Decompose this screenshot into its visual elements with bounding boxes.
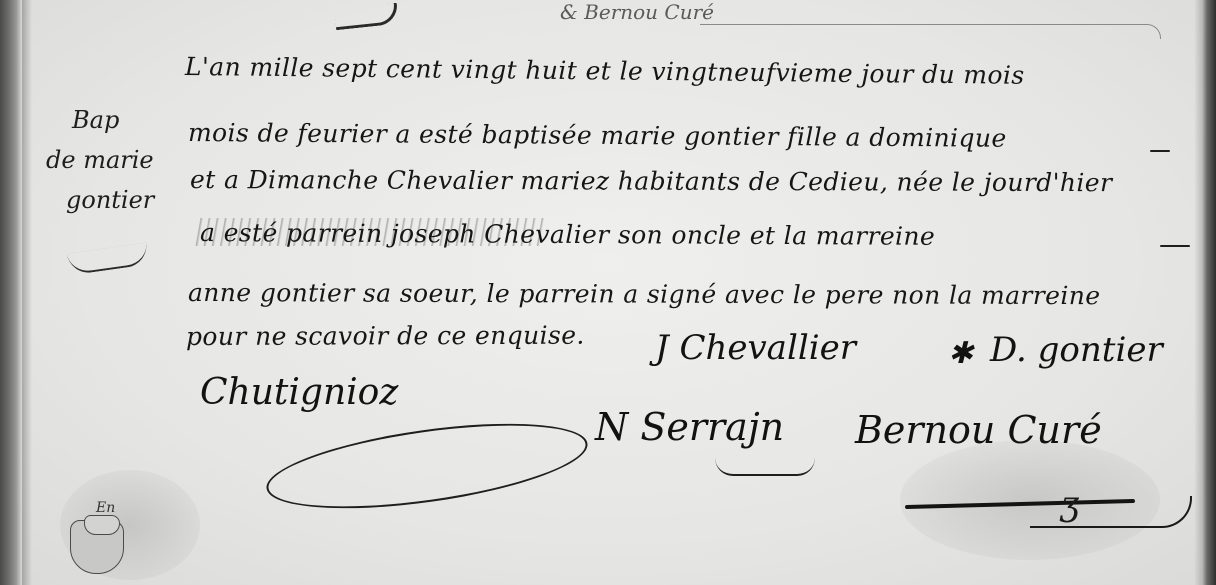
page-edge-shadow xyxy=(1194,0,1202,585)
line-end-dash xyxy=(1160,245,1190,247)
margin-note-line: gontier xyxy=(46,180,186,220)
previous-entry-flourish xyxy=(334,3,399,30)
signature-chutignioz: Chutignioz xyxy=(200,372,398,413)
paraph-tail xyxy=(1030,496,1192,528)
signature-flourish xyxy=(262,408,593,524)
body-line: pour ne scavoir de ce enquise. xyxy=(186,321,585,351)
body-line: mois de feurier a esté baptisée marie go… xyxy=(188,118,1007,153)
signature-cross-mark: ✱ xyxy=(948,336,973,371)
binding-shadow xyxy=(22,0,32,585)
body-line: L'an mille sept cent vingt huit et le vi… xyxy=(185,52,1025,90)
paraph-mark: ʒ xyxy=(1060,484,1079,524)
binding-gutter xyxy=(0,0,22,585)
margin-note-line: Bap xyxy=(46,100,186,140)
body-line: et a Dimanche Chevalier mariez habitants… xyxy=(190,165,1112,197)
struck-out-text xyxy=(195,218,545,246)
body-line: anne gontier sa soeur, le parrein a sign… xyxy=(188,278,1101,310)
seal-mark: En xyxy=(96,500,115,516)
margin-flourish xyxy=(67,243,149,276)
margin-note-line: de marie xyxy=(46,140,186,180)
signature-underline xyxy=(715,458,815,476)
entry-separator-line xyxy=(700,24,1161,39)
seal-stain-top xyxy=(84,515,120,535)
document-page: & Bernou Curé Bap de marie gontier L'an … xyxy=(0,0,1216,585)
line-end-dash xyxy=(1150,150,1170,152)
signature-bernou-cure: Bernou Curé xyxy=(855,408,1102,452)
signature-serrajn: N Serrajn xyxy=(595,405,784,449)
signature-gontier: D. gontier xyxy=(990,330,1163,370)
signature-chevallier: J Chevallier xyxy=(655,328,856,368)
previous-entry-signature: & Bernou Curé xyxy=(560,0,714,24)
page-edge-right xyxy=(1202,0,1216,585)
margin-note: Bap de marie gontier xyxy=(46,100,186,220)
